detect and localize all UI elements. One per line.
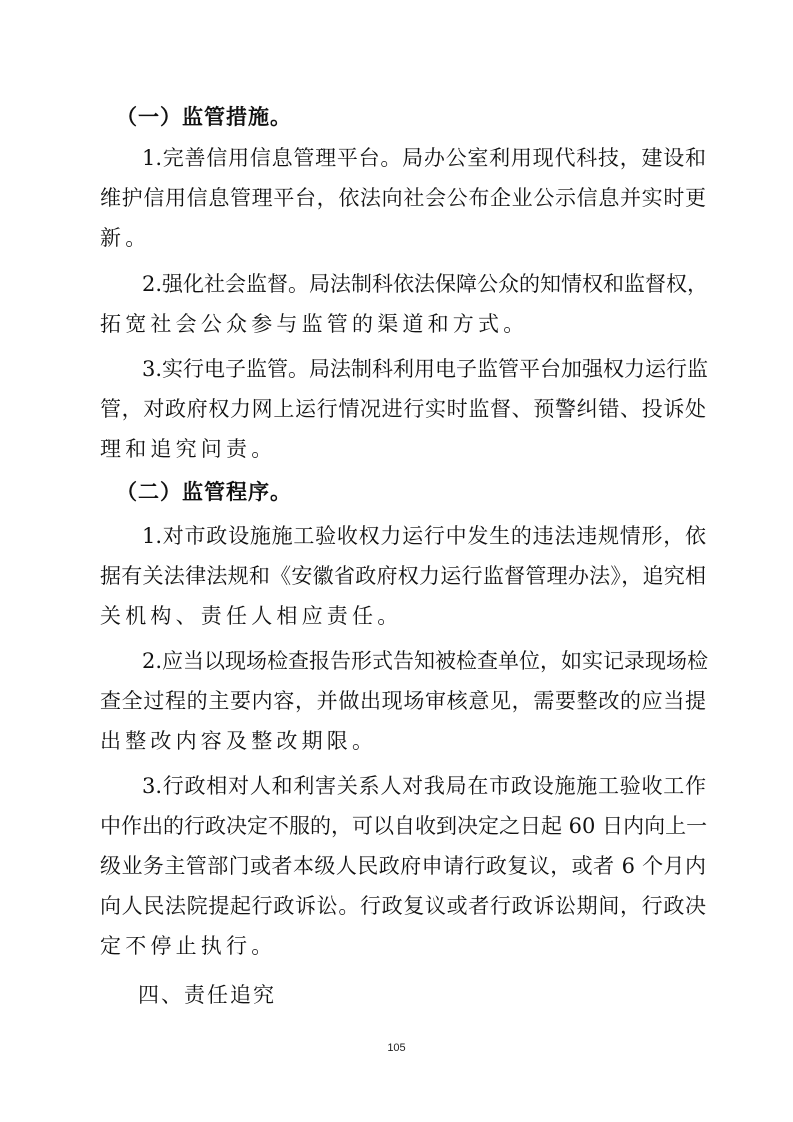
paragraph-line: 拓宽社会公众参与监管的渠道和方式。 <box>100 312 706 336</box>
paragraph-line: 3.行政相对人和利害关系人对我局在市政设施施工验收工作 <box>142 774 706 798</box>
paragraph-line: 维护信用信息管理平台，依法向社会公布企业公示信息并实时更 <box>100 186 706 210</box>
paragraph-line: 定不停止执行。 <box>100 934 706 958</box>
paragraph-line: 向人民法院提起行政诉讼。行政复议或者行政诉讼期间，行政决 <box>100 894 706 918</box>
page-number: 105 <box>0 1042 793 1054</box>
paragraph-line: 级业务主管部门或者本级人民政府申请行政复议，或者 6 个月内 <box>100 854 706 878</box>
paragraph-line: 管，对政府权力网上运行情况进行实时监督、预警纠错、投诉处 <box>100 397 706 421</box>
paragraph-line: 2.强化社会监督。局法制科依法保障公众的知情权和监督权， <box>142 272 706 296</box>
paragraph-line: 2.应当以现场检查报告形式告知被检查单位，如实记录现场检 <box>142 649 706 673</box>
sub-heading-supervision-procedure: （二）监管程序。 <box>116 480 722 504</box>
paragraph-line: 3.实行电子监管。局法制科利用电子监管平台加强权力运行监 <box>142 357 706 381</box>
paragraph-line: 1.对市政设施施工验收权力运行中发生的违法违规情形，依 <box>142 524 706 548</box>
paragraph-line: 中作出的行政决定不服的，可以自收到决定之日起 60 日内向上一 <box>100 814 706 838</box>
paragraph-line: 查全过程的主要内容，并做出现场审核意见，需要整改的应当提 <box>100 689 706 713</box>
document-page: （一）监管措施。 1.完善信用信息管理平台。局办公室利用现代科技，建设和 维护信… <box>0 0 793 1122</box>
paragraph-line: 关机构、责任人相应责任。 <box>100 604 706 628</box>
section-heading-accountability: 四、责任追究 <box>138 983 744 1007</box>
paragraph-line: 新。 <box>100 226 706 250</box>
paragraph-line: 据有关法律法规和《安徽省政府权力运行监督管理办法》，追究相 <box>100 564 706 588</box>
sub-heading-supervision-measures: （一）监管措施。 <box>116 105 722 129</box>
paragraph-line: 理和追究问责。 <box>100 437 706 461</box>
paragraph-line: 出整改内容及整改期限。 <box>100 729 706 753</box>
paragraph-line: 1.完善信用信息管理平台。局办公室利用现代科技，建设和 <box>142 146 706 170</box>
